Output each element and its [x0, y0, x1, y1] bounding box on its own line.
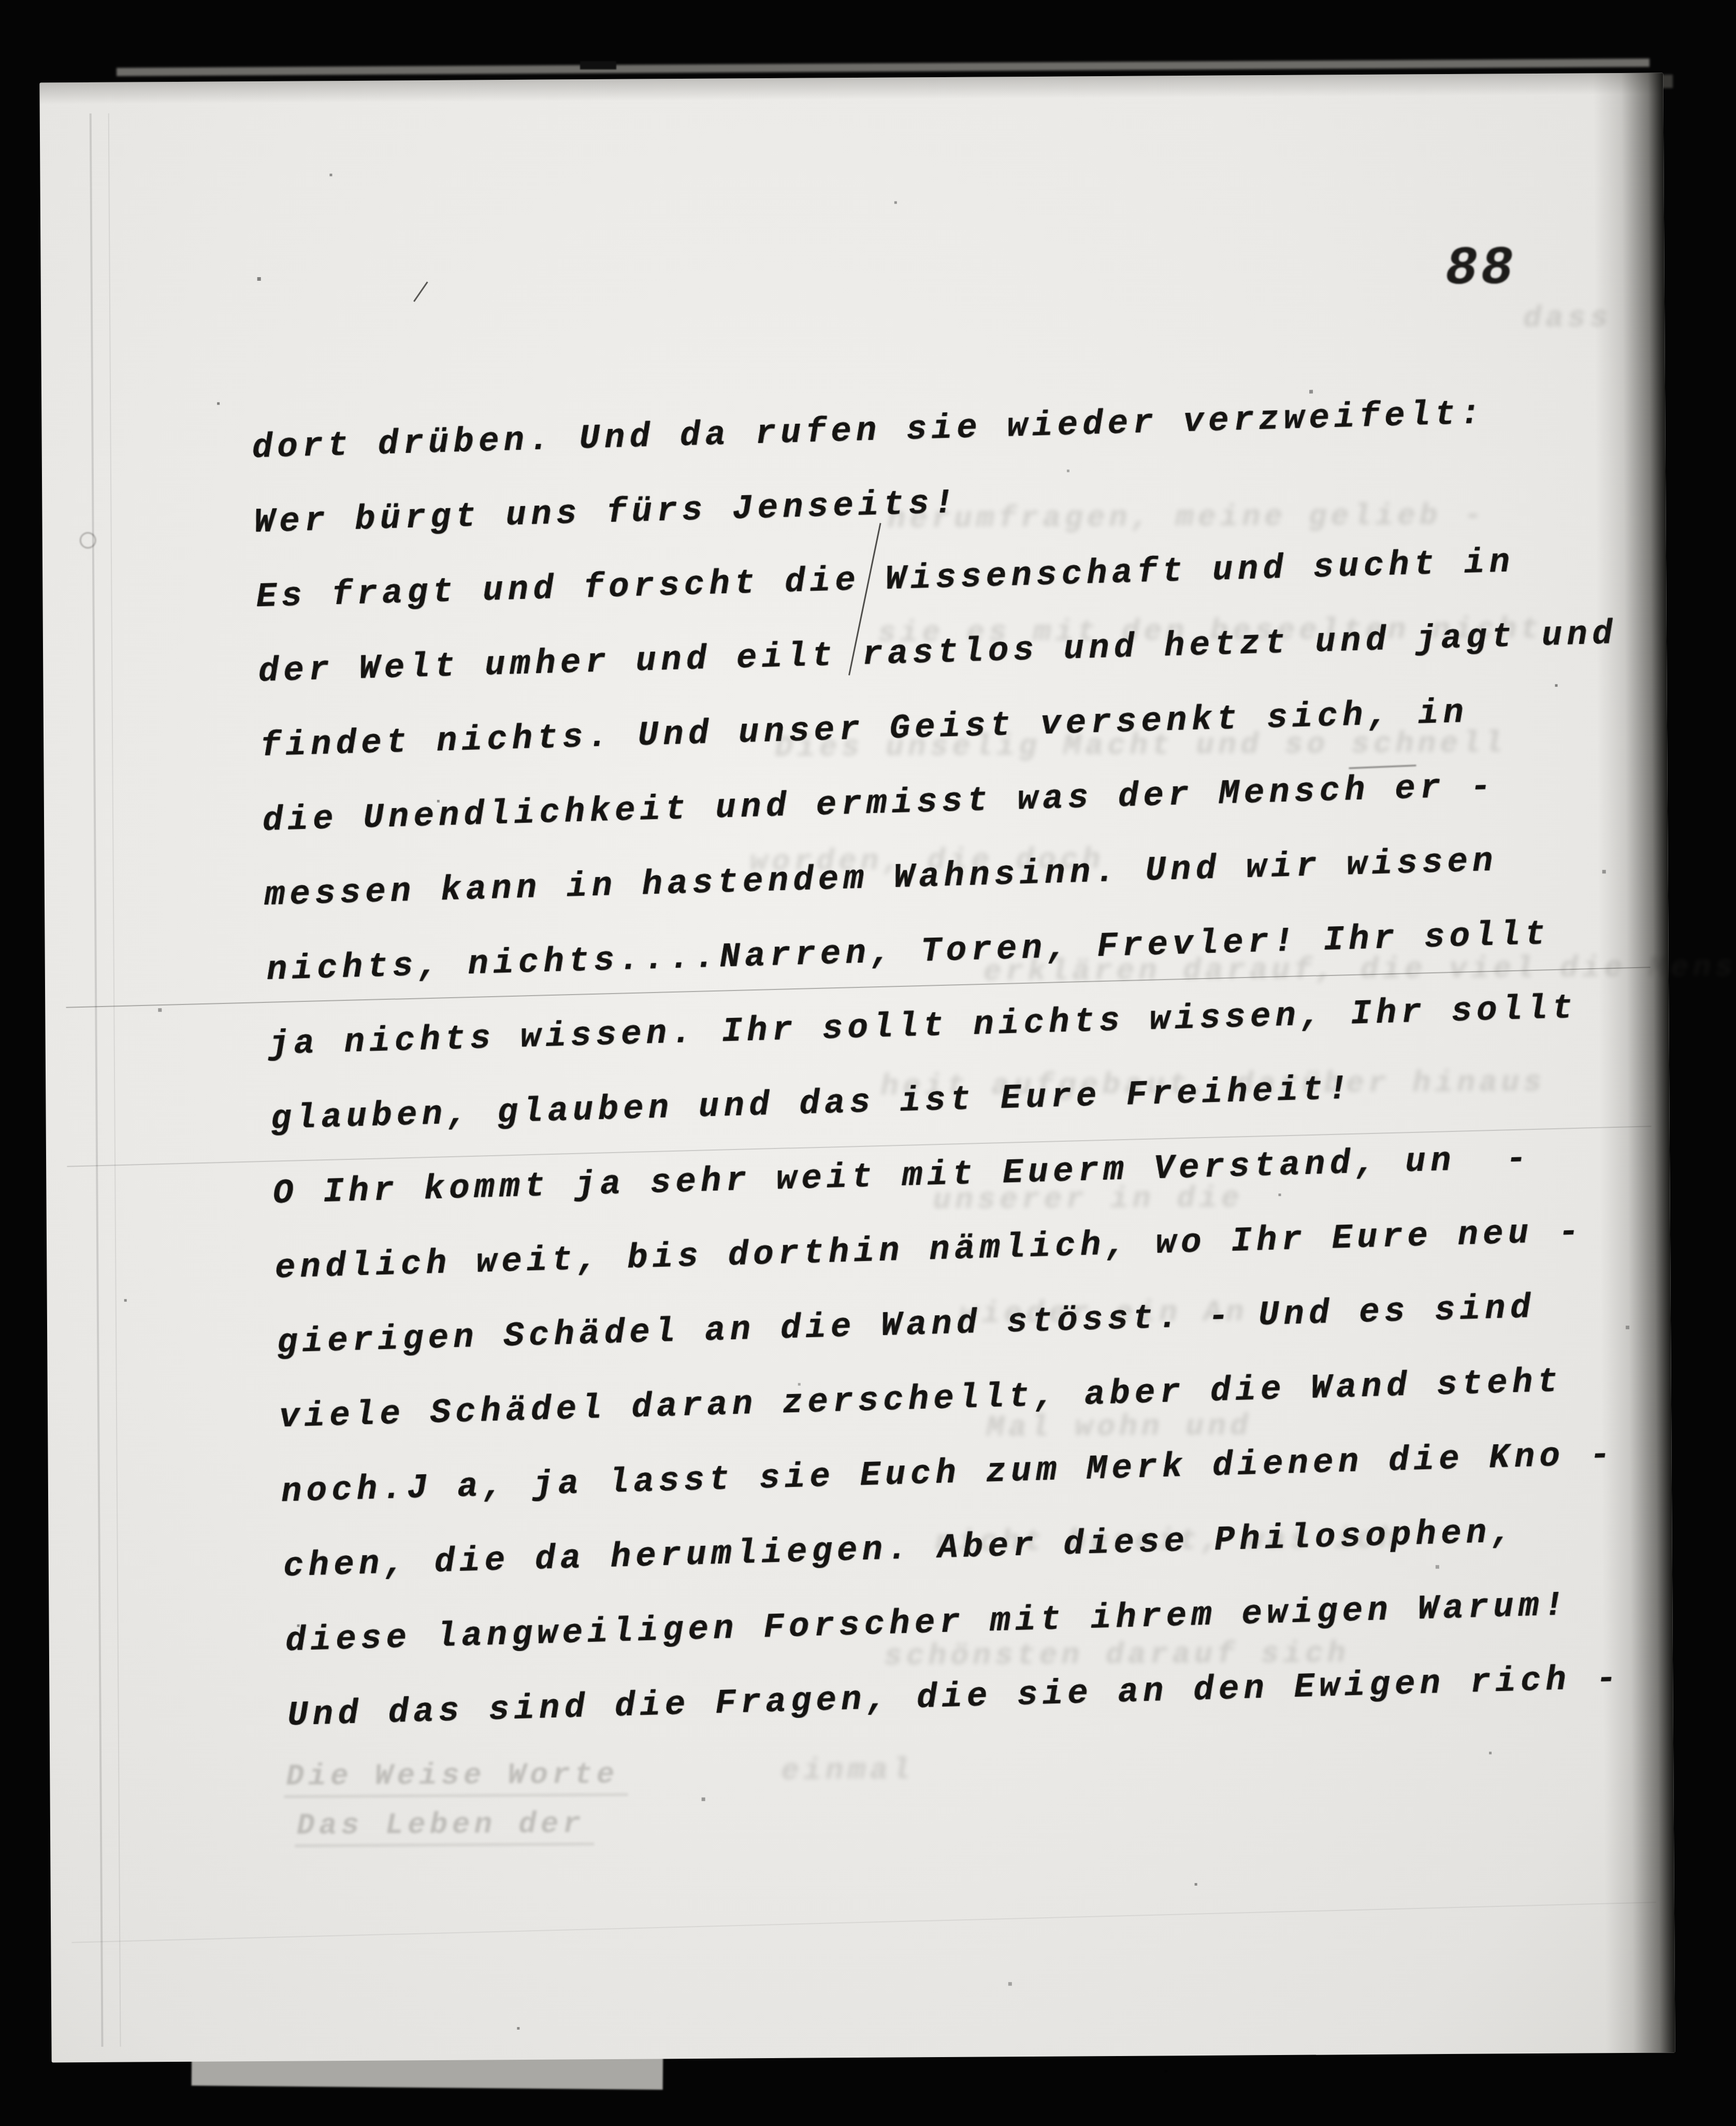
text-line: gierigen Schädel an die Wand stösst. - U… — [277, 1291, 1536, 1360]
text-line: Es fragt und forscht die Wissenschaft un… — [256, 545, 1515, 614]
text-line: findet nichts. Und unser Geist versenkt … — [260, 696, 1469, 764]
typewritten-text-block: dort drüben. Und da rufen sie wieder ver… — [18, 42, 1696, 2067]
margin-ring-mark — [80, 532, 96, 549]
scanned-document: 88 dass herumfragen, meine gelieb - sie … — [0, 0, 1736, 2126]
text-line: noch.J a, ja lasst sie Euch zum Merk die… — [281, 1438, 1615, 1510]
text-line: messen kann in hastendem Wahnsinn. Und w… — [264, 844, 1498, 913]
document-page: 88 dass herumfragen, meine gelieb - sie … — [39, 73, 1675, 2062]
text-line: nichts, nichts....Narren, Toren, Frevler… — [266, 917, 1551, 987]
text-line: Und das sind die Fragen, die sie an den … — [287, 1662, 1622, 1733]
text-line: dort drüben. Und da rufen sie wieder ver… — [252, 397, 1486, 465]
text-line: endlich weit, bis dorthin nämlich, wo Ih… — [274, 1215, 1584, 1286]
text-line: O Ihr kommt ja sehr weit mit Euerm Verst… — [272, 1142, 1531, 1211]
text-line: ja nichts wissen. Ihr sollt nichts wisse… — [268, 991, 1578, 1062]
text-line: diese langweiligen Forscher mit ihrem ew… — [285, 1588, 1569, 1658]
text-line: Wer bürgt uns fürs Jenseits! — [254, 486, 959, 540]
page-stack-edge-notch — [580, 61, 616, 69]
paper-specks — [39, 83, 41, 84]
text-line: der Welt umher und eilt rastlos und hetz… — [258, 617, 1618, 689]
text-line: viele Schädel daran zerschellt, aber die… — [279, 1364, 1563, 1434]
text-line: chen, die da herumliegen. Aber diese Phi… — [283, 1515, 1517, 1584]
text-line: die Unendlichkeit und ermisst was der Me… — [262, 770, 1496, 838]
text-line: glauben, glauben und das ist Eure Freihe… — [270, 1072, 1353, 1137]
